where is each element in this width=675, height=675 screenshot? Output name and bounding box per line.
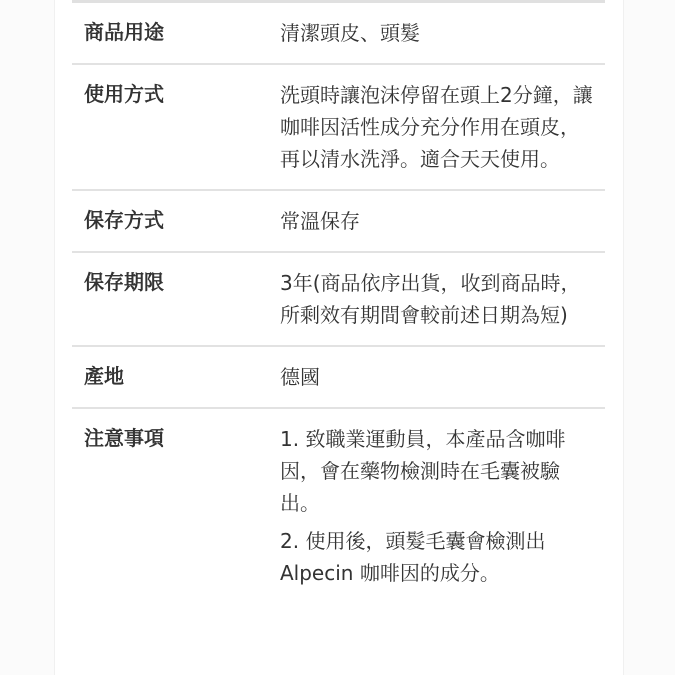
spec-row-shelf-life: 保存期限 3年(商品依序出貨，收到商品時，所剩效有期間會較前述日期為短) bbox=[72, 253, 605, 347]
spec-value-text: 3年(商品依序出貨，收到商品時，所剩效有期間會較前述日期為短) bbox=[280, 267, 597, 331]
spec-label: 保存方式 bbox=[72, 205, 272, 237]
spec-label: 使用方式 bbox=[72, 79, 272, 175]
spec-value-text: 德國 bbox=[280, 361, 597, 393]
spec-row-directions: 使用方式 洗頭時讓泡沫停留在頭上2分鐘，讓咖啡因活性成分充分作用在頭皮，再以清水… bbox=[72, 65, 605, 191]
spec-row-storage: 保存方式 常溫保存 bbox=[72, 191, 605, 253]
spec-label: 商品用途 bbox=[72, 17, 272, 49]
spec-value-text: 常溫保存 bbox=[280, 205, 597, 237]
product-spec-table: 商品用途 清潔頭皮、頭髮 使用方式 洗頭時讓泡沫停留在頭上2分鐘，讓咖啡因活性成… bbox=[72, 0, 605, 603]
spec-value: 德國 bbox=[272, 361, 605, 393]
spec-label: 注意事項 bbox=[72, 423, 272, 589]
spec-label: 保存期限 bbox=[72, 267, 272, 331]
spec-value: 常溫保存 bbox=[272, 205, 605, 237]
spec-value: 3年(商品依序出貨，收到商品時，所剩效有期間會較前述日期為短) bbox=[272, 267, 605, 331]
spec-value: 清潔頭皮、頭髮 bbox=[272, 17, 605, 49]
spec-label: 產地 bbox=[72, 361, 272, 393]
spec-value-text: 2. 使用後，頭髮毛囊會檢測出 Alpecin 咖啡因的成分。 bbox=[280, 525, 597, 589]
spec-row-origin: 產地 德國 bbox=[72, 347, 605, 409]
spec-row-notes: 注意事項 1. 致職業運動員，本產品含咖啡因，會在藥物檢測時在毛囊被驗出。 2.… bbox=[72, 409, 605, 603]
spec-value-text: 清潔頭皮、頭髮 bbox=[280, 17, 597, 49]
spec-value-text: 1. 致職業運動員，本產品含咖啡因，會在藥物檢測時在毛囊被驗出。 bbox=[280, 423, 597, 519]
spec-row-usage: 商品用途 清潔頭皮、頭髮 bbox=[72, 3, 605, 65]
spec-value: 1. 致職業運動員，本產品含咖啡因，會在藥物檢測時在毛囊被驗出。 2. 使用後，… bbox=[272, 423, 605, 589]
spec-value: 洗頭時讓泡沫停留在頭上2分鐘，讓咖啡因活性成分充分作用在頭皮，再以清水洗淨。適合… bbox=[272, 79, 605, 175]
spec-value-text: 洗頭時讓泡沫停留在頭上2分鐘，讓咖啡因活性成分充分作用在頭皮，再以清水洗淨。適合… bbox=[280, 79, 597, 175]
